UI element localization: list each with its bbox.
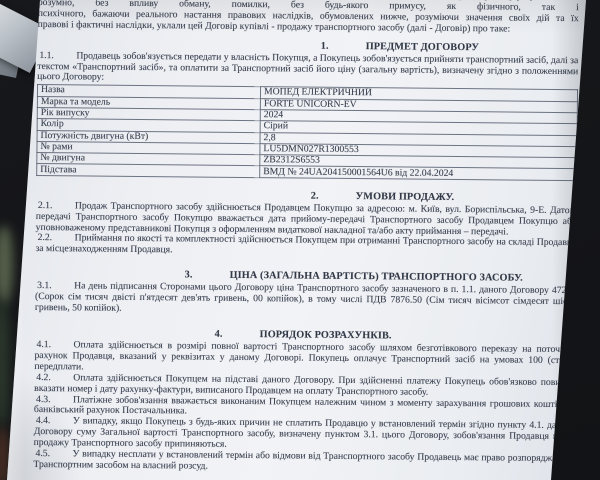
- contract-paragraph: 4.5.У випадку несплати у встановлений те…: [33, 449, 574, 476]
- section-title: ПОРЯДОК РОЗРАХУНКІВ.: [260, 329, 392, 342]
- paragraph-text: На день підписання Сторонами цього Догов…: [35, 281, 576, 314]
- section-number: 3.: [185, 270, 193, 282]
- paragraph-text: У випадку несплати у встановлений термін…: [33, 448, 574, 471]
- contract-sections: 1.ПРЕДМЕТ ДОГОВОРУ1.1.Продавець зобов'яз…: [33, 38, 578, 476]
- paragraph-text: У випадку, якщо Покупець з будь-яких при…: [34, 416, 575, 450]
- preamble: при здоровому розумі та ясній розумно, б…: [38, 0, 579, 36]
- paragraph-text: Платіжне зобов'язання вважається виконан…: [34, 394, 575, 417]
- contract-section: 2.УМОВИ ПРОДАЖУ.2.1.Продаж Транспортного…: [35, 188, 577, 261]
- section-title: УМОВИ ПРОДАЖУ.: [356, 191, 455, 204]
- contract-text: при здоровому розумі та ясній розумно, б…: [33, 0, 579, 476]
- paragraph-text: Приймання по якості та комплектності зді…: [35, 233, 576, 256]
- background-green-patch-dark: [0, 298, 9, 428]
- spec-value: ВМД № 24UA204150001564U6 від 22.04.2024: [260, 166, 577, 180]
- section-number: 4.: [215, 329, 223, 341]
- contract-paragraph: 2.2.Приймання по якості та комплектності…: [35, 233, 576, 260]
- photo-background: при здоровому розумі та ясній розумно, б…: [0, 0, 600, 480]
- paragraph-text: Оплата здійснюється в розмірі повної вар…: [34, 339, 575, 372]
- section-number: 2.: [311, 190, 319, 202]
- contract-section: 1.ПРЕДМЕТ ДОГОВОРУ1.1.Продавець зобов'яз…: [36, 38, 578, 181]
- contract-paragraph: 1.1.Продавець зобов'язується передати у …: [37, 51, 578, 89]
- contract-section: 3.ЦІНА (ЗАГАЛЬНА ВАРТІСТЬ) ТРАНСПОРТНОГО…: [35, 268, 576, 319]
- paragraph-text: Продаж Транспортного засобу здійснюється…: [36, 200, 577, 237]
- section-number: 1.: [321, 40, 329, 52]
- contract-document-page: при здоровому розумі та ясній розумно, б…: [0, 0, 600, 480]
- contract-section: 4.ПОРЯДОК РОЗРАХУНКІВ.4.1.Оплата здійсню…: [33, 327, 575, 476]
- vehicle-spec-table: НазваМОПЕД ЕЛЕКТРИЧНИЙМарка та модельFOR…: [36, 84, 578, 181]
- paper-speck: [27, 113, 30, 115]
- section-title: ПРЕДМЕТ ДОГОВОРУ: [366, 41, 479, 54]
- contract-paragraph: 3.1.На день підписання Сторонами цього Д…: [35, 281, 576, 319]
- spec-label: Підстава: [37, 164, 260, 177]
- background-green-patch: [0, 226, 13, 304]
- paragraph-text: Продавець зобов'язується передати у влас…: [37, 50, 578, 83]
